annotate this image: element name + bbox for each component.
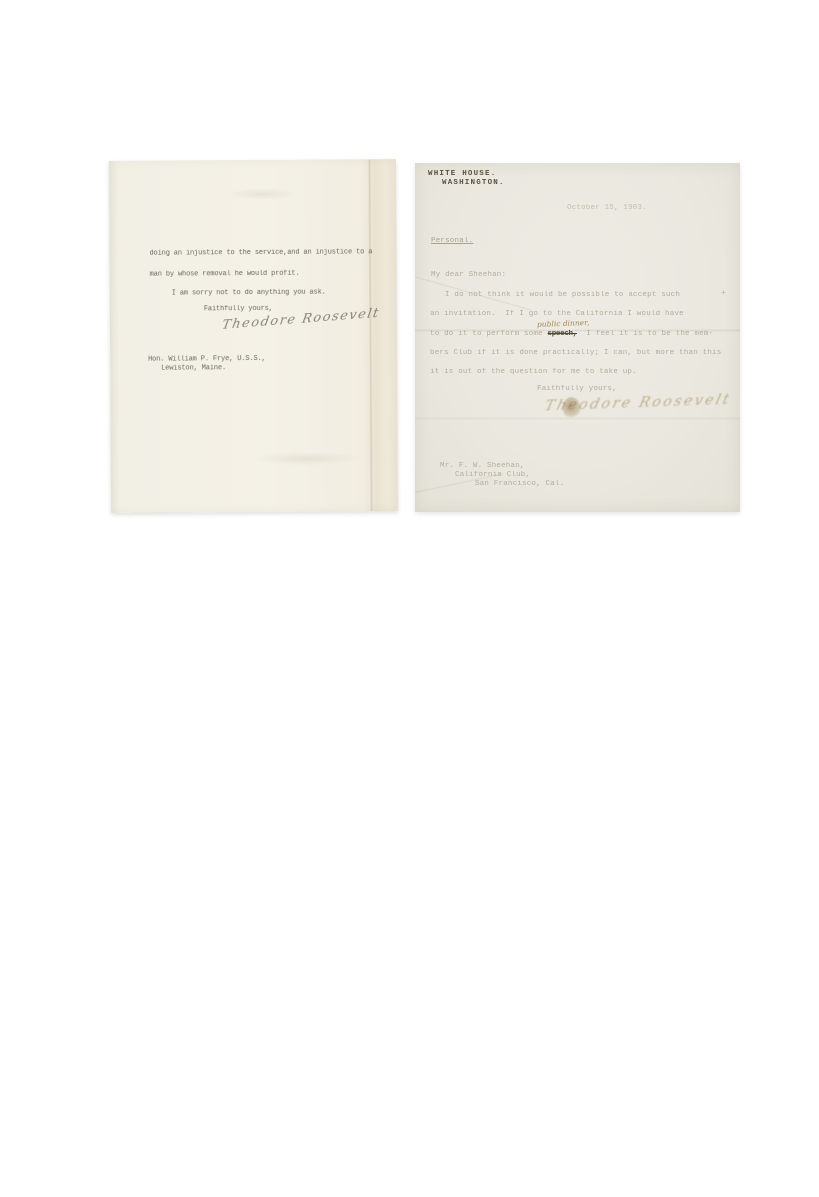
typed-body-line: doing an injustice to the service,and an…	[149, 248, 372, 257]
typed-closing-line: Faithfully yours,	[537, 385, 617, 393]
typed-date-line: October 15, 1903.	[567, 204, 647, 212]
typed-text-segment: I feel it is to be the mem-	[577, 330, 713, 338]
typed-body-line: an invitation. If I go to the California…	[430, 310, 684, 318]
typed-address-line: Mr. F. W. Sheehan,	[440, 462, 525, 470]
letterhead-washington: WASHINGTON.	[442, 179, 505, 187]
faint-pencil-marks	[251, 451, 361, 466]
typed-personal-tag: Personal.	[431, 237, 473, 245]
typed-address-line: California Club,	[455, 471, 530, 479]
typed-salutation: My dear Sheehan:	[431, 271, 506, 279]
typed-body-line: bers Club if it is done practically; I c…	[430, 349, 721, 357]
catalog-photo-background: doing an injustice to the service,and an…	[0, 0, 819, 1197]
letter-page-right: WHITE HOUSE. WASHINGTON. October 15, 190…	[415, 163, 740, 512]
typed-body-line: I am sorry not to do anything you ask.	[172, 289, 326, 298]
typed-body-line-with-strikeout: to do it to perform some speech, I feel …	[430, 330, 713, 338]
sepia-ink-mark: +	[721, 289, 726, 298]
typed-address-line: Hon. William P. Frye, U.S.S.,	[148, 355, 266, 364]
fold-crease-vertical	[368, 159, 373, 511]
typed-body-line: it is out of the question for me to take…	[430, 368, 637, 376]
typed-body-line: I do not think it would be possible to a…	[445, 291, 680, 299]
struck-out-word: speech,	[548, 330, 577, 338]
typed-address-line: San Francisco, Cal.	[475, 480, 564, 488]
typed-text-segment: to do it to perform some	[430, 330, 548, 338]
ink-blot	[563, 397, 580, 419]
typed-closing-line: Faithfully yours,	[204, 305, 273, 313]
typed-body-line: man by whose removal he would profit.	[150, 270, 300, 279]
faint-smudge	[227, 188, 297, 200]
letterhead-white-house: WHITE HOUSE.	[428, 170, 496, 178]
handwritten-insertion: public dinner,	[537, 318, 590, 329]
letter-page-left: doing an injustice to the service,and an…	[109, 159, 398, 513]
fold-crease-horizontal	[415, 417, 740, 420]
typed-address-line: Lewiston, Maine.	[161, 364, 226, 372]
